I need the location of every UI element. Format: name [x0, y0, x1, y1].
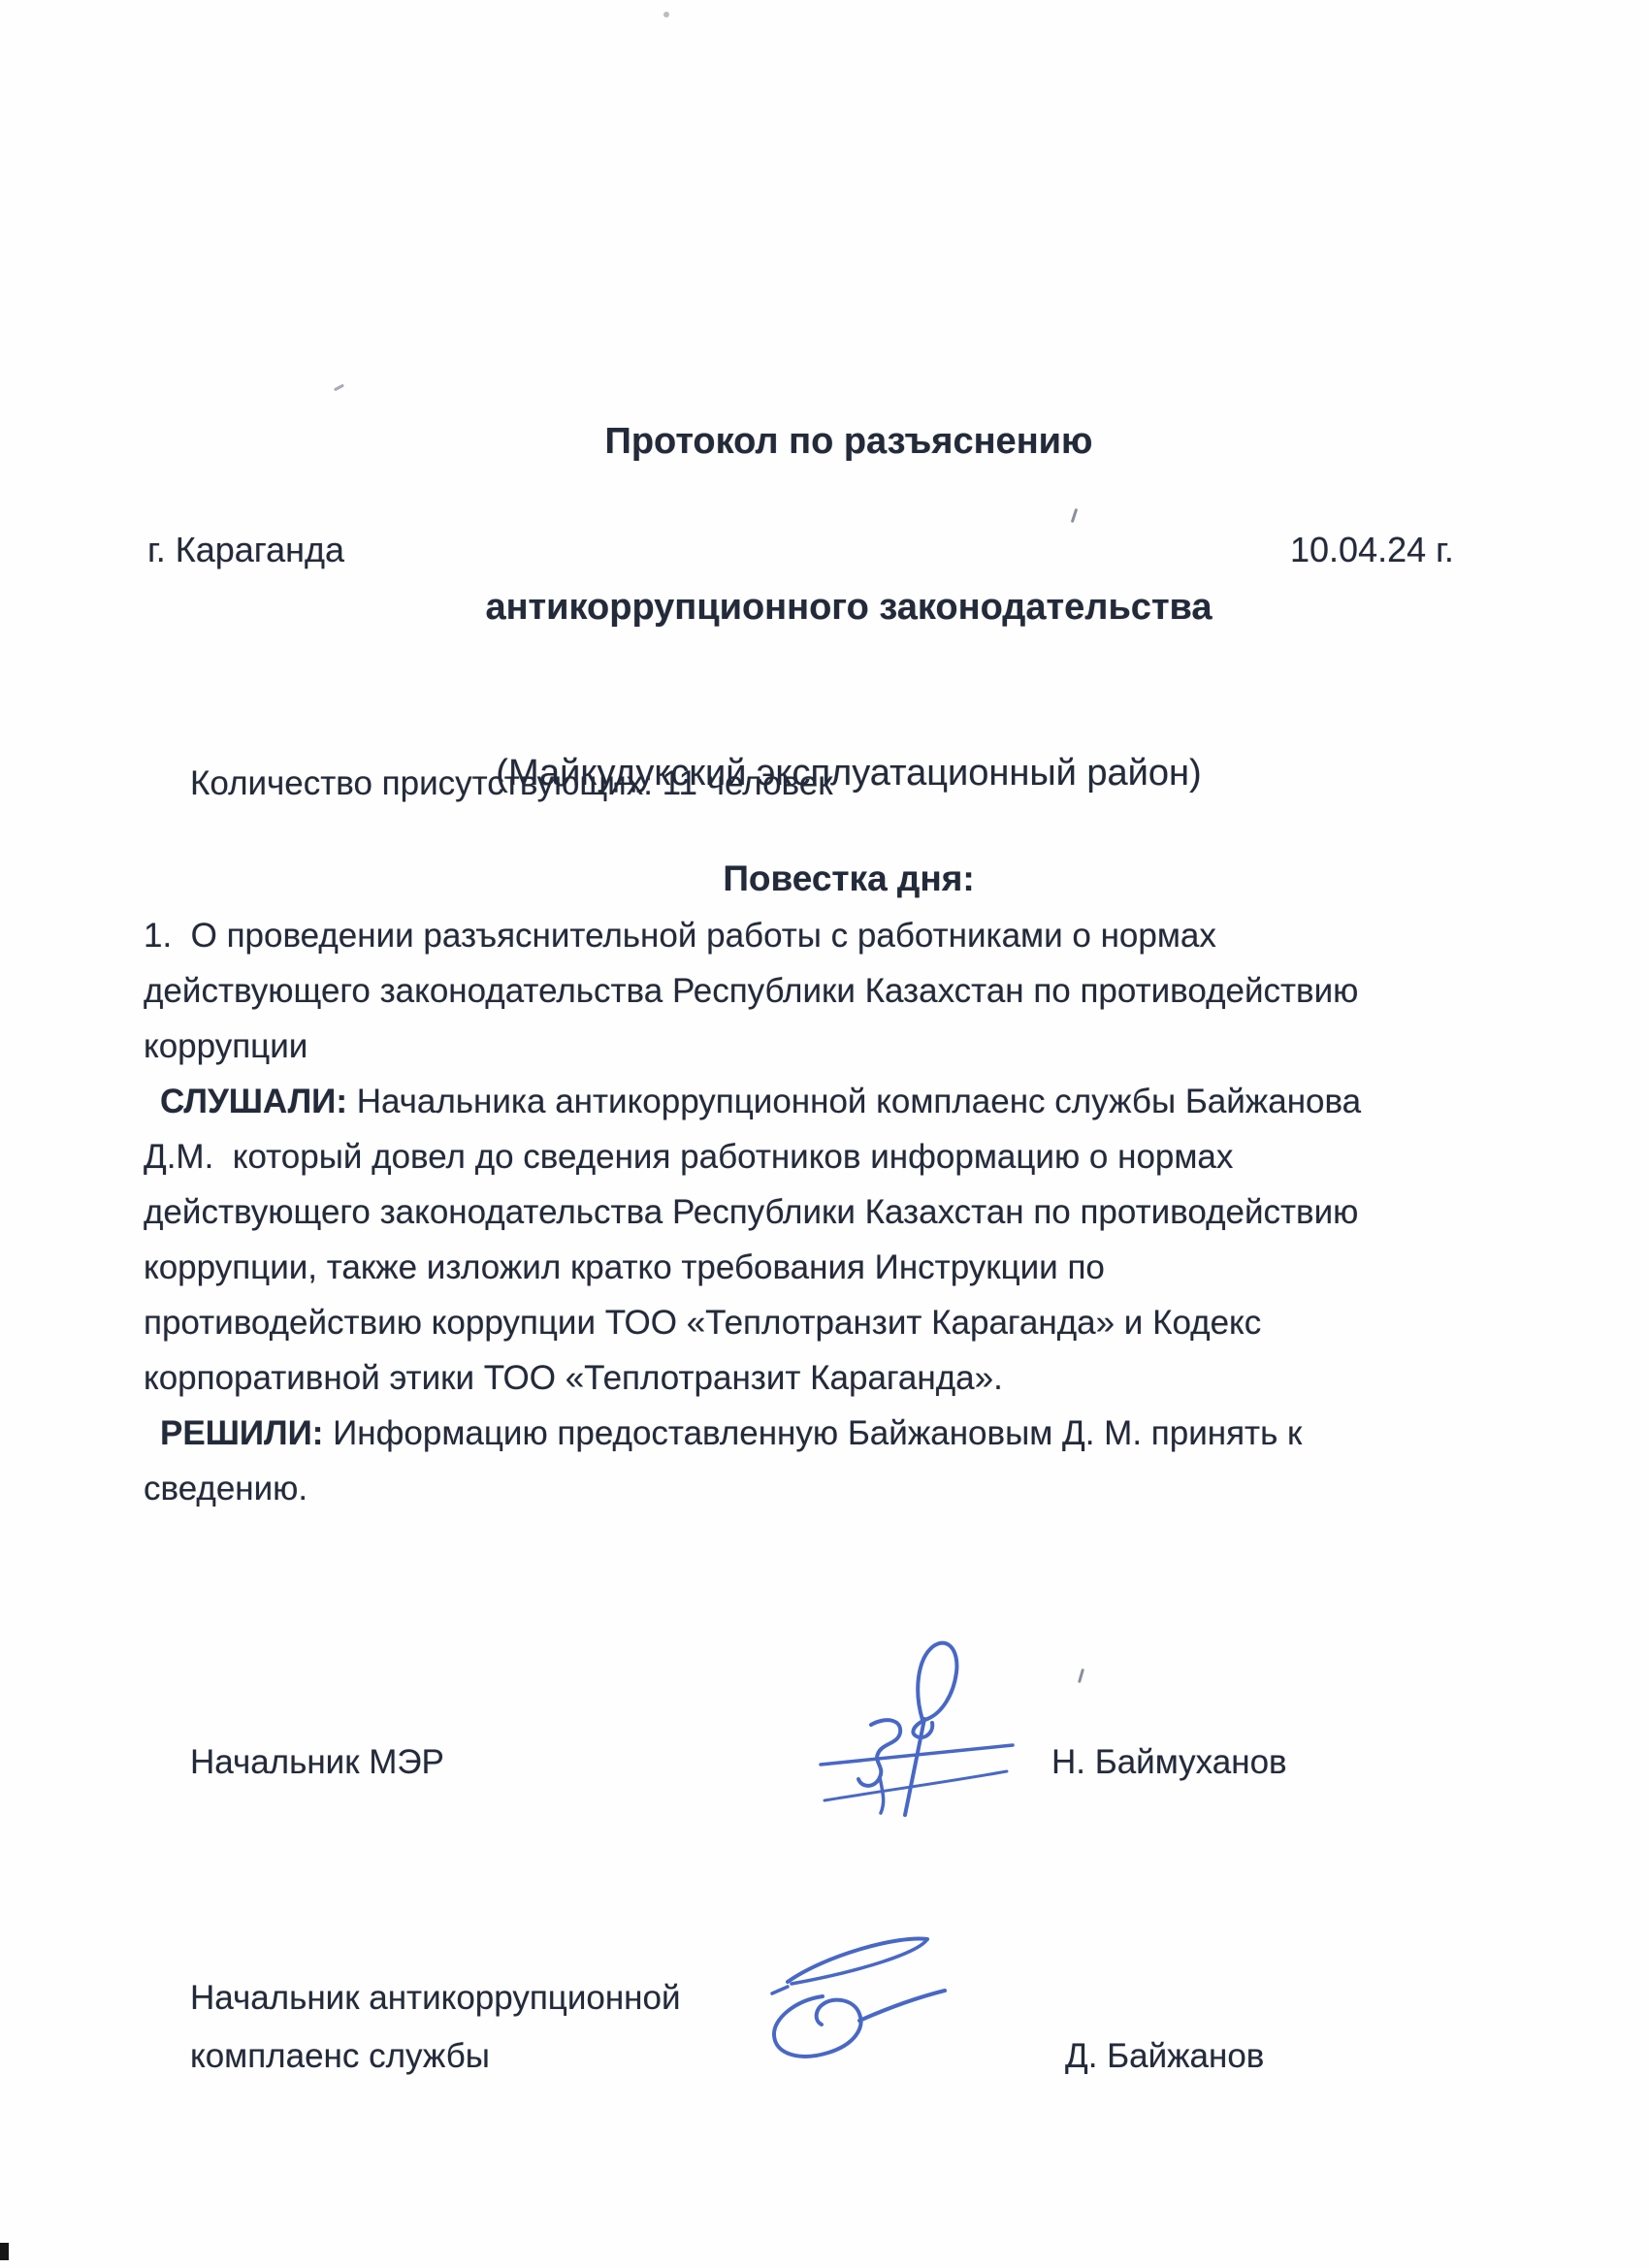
- body-line-heard: СЛУШАЛИ: Начальника антикоррупционной ко…: [144, 1078, 1521, 1133]
- scanned-protocol-document: Протокол по разъяснению антикоррупционно…: [0, 0, 1649, 2268]
- signature-2-position-line1: Начальник антикоррупционной: [190, 1979, 681, 2018]
- agenda-heading: Повестка дня:: [145, 859, 1552, 899]
- title-line-2: антикоррупционного законодательства: [145, 580, 1552, 635]
- scan-speck: [1078, 1669, 1084, 1683]
- signature-2-position-line2: комплаенс службы: [190, 2037, 490, 2076]
- resolved-text: Информацию предоставленную Байжановым Д.…: [323, 1414, 1302, 1452]
- scan-speck: [663, 12, 669, 17]
- signature-1-position: Начальник МЭР: [190, 1743, 444, 1782]
- signature-2-name: Д. Байжанов: [1065, 2037, 1264, 2076]
- title-line-1: Протокол по разъяснению: [145, 414, 1552, 470]
- document-title: Протокол по разъяснению антикоррупционно…: [145, 304, 1552, 912]
- body-line: коррупции: [144, 1022, 1521, 1078]
- document-city: г. Караганда: [147, 530, 344, 570]
- signature-ink-baizhanov: [747, 1928, 970, 2069]
- scan-edge-mark: [0, 2243, 9, 2260]
- attendees-count: Количество присутствующих: 11 человек: [190, 764, 833, 803]
- body-line: противодействию коррупции ТОО «Теплотран…: [144, 1299, 1521, 1354]
- body-line: действующего законодательства Республики…: [144, 1188, 1521, 1244]
- body-line: коррупции, также изложил кратко требован…: [144, 1244, 1521, 1299]
- body-line-resolved: РЕШИЛИ: Информацию предоставленную Байжа…: [144, 1409, 1521, 1465]
- body-line: 1. О проведении разъяснительной работы с…: [144, 912, 1521, 967]
- signature-ink-baimukhanov: [805, 1635, 1028, 1829]
- document-body: 1. О проведении разъяснительной работы с…: [144, 912, 1521, 1520]
- heard-text: Начальника антикоррупционной комплаенс с…: [347, 1083, 1361, 1120]
- document-date: 10.04.24 г.: [1290, 530, 1454, 570]
- heard-label: СЛУШАЛИ:: [160, 1083, 347, 1120]
- resolved-label: РЕШИЛИ:: [160, 1414, 323, 1452]
- signature-1-name: Н. Баймуханов: [1051, 1743, 1287, 1782]
- body-line: действующего законодательства Республики…: [144, 967, 1521, 1022]
- body-line: Д.М. который довел до сведения работнико…: [144, 1133, 1521, 1188]
- body-line: корпоративной этики ТОО «Теплотранзит Ка…: [144, 1354, 1521, 1409]
- body-line: сведению.: [144, 1465, 1521, 1520]
